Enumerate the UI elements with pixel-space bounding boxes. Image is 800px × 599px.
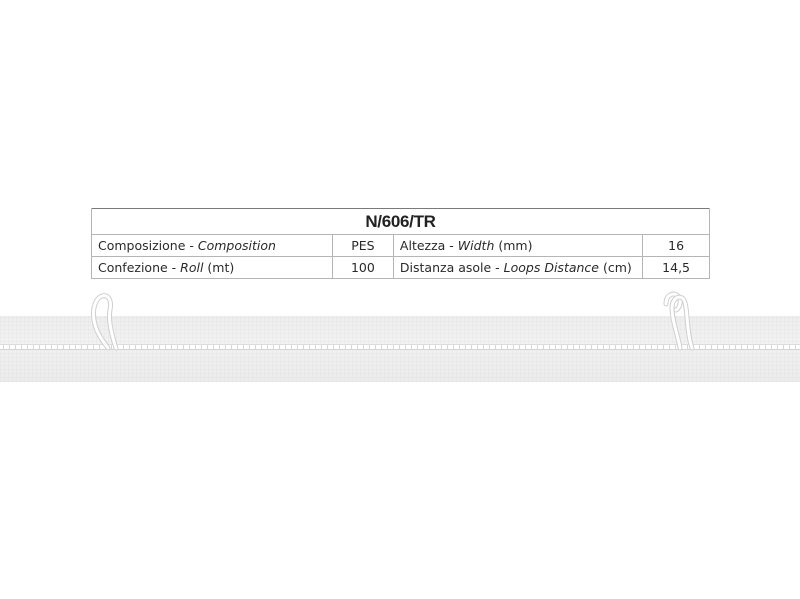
roll-label: Confezione - Roll (mt) xyxy=(92,257,333,279)
width-value: 16 xyxy=(643,235,710,257)
loops-distance-label: Distanza asole - Loops Distance (cm) xyxy=(393,257,642,279)
label-unit: (mm) xyxy=(494,238,532,253)
loops-distance-value: 14,5 xyxy=(643,257,710,279)
label-english: Loops Distance xyxy=(504,260,599,275)
label-english: Roll xyxy=(180,260,203,275)
label-english: Width xyxy=(458,238,495,253)
composition-label: Composizione - Composition xyxy=(92,235,333,257)
width-label: Altezza - Width (mm) xyxy=(393,235,642,257)
left-loop-icon xyxy=(88,292,124,352)
table-row: Composizione - Composition PES Altezza -… xyxy=(92,235,710,257)
product-code: N/606/TR xyxy=(92,209,710,235)
label-italian: Altezza - xyxy=(400,238,458,253)
label-unit: (cm) xyxy=(599,260,632,275)
label-english: Composition xyxy=(198,238,276,253)
roll-value: 100 xyxy=(332,257,393,279)
table-title-row: N/606/TR xyxy=(92,209,710,235)
spec-table: N/606/TR Composizione - Composition PES … xyxy=(91,208,710,279)
label-unit: (mt) xyxy=(203,260,234,275)
label-italian: Composizione - xyxy=(98,238,198,253)
table-row: Confezione - Roll (mt) 100 Distanza asol… xyxy=(92,257,710,279)
label-italian: Confezione - xyxy=(98,260,180,275)
right-loop-icon xyxy=(658,290,702,352)
label-italian: Distanza asole - xyxy=(400,260,504,275)
composition-value: PES xyxy=(332,235,393,257)
